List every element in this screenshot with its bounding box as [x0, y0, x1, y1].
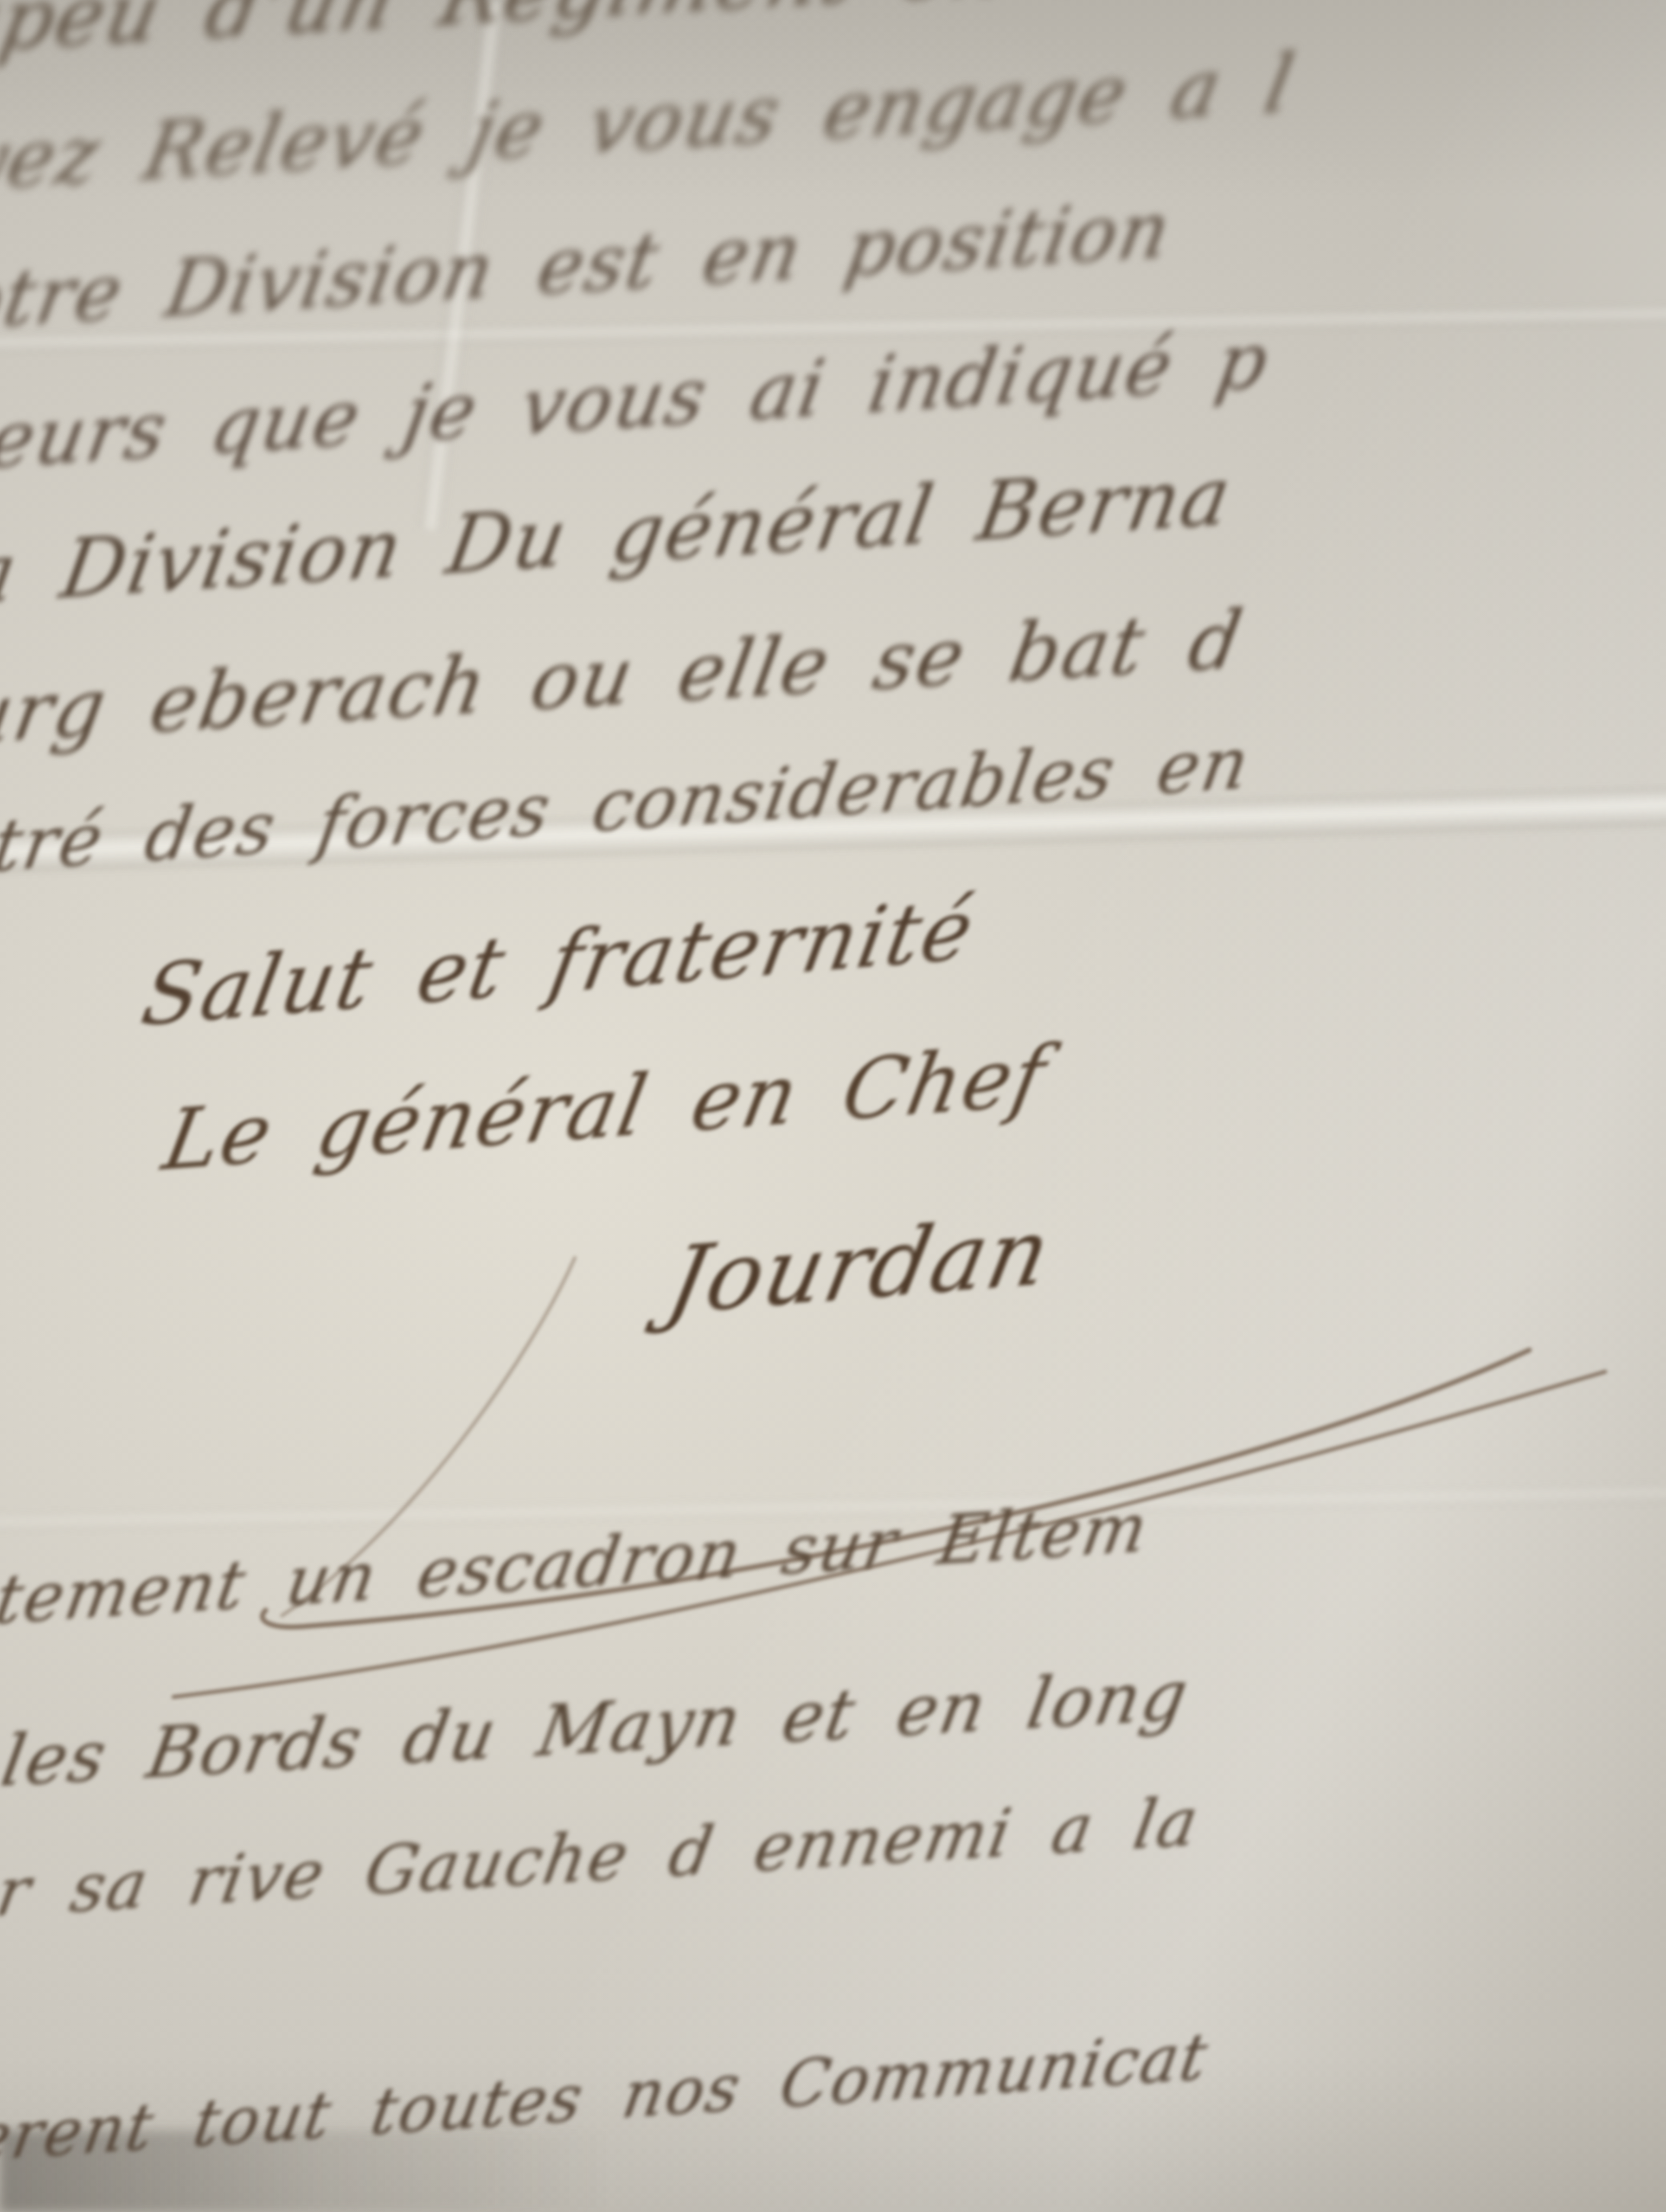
handwritten-line-13: ar sa rive Gauche d ennemi a la [0, 1783, 1205, 1934]
handwritten-line-5: a Division Du général Berna [0, 448, 1239, 622]
closing-salutation: Salut et fraternité [134, 880, 982, 1045]
closing-signer-title: Le général en Chef [156, 1027, 1055, 1189]
manuscript-photo: apeu d'un Regiment en au yez Relevé je v… [0, 0, 1666, 2212]
signature-paraph-flourish [0, 1193, 1666, 1735]
handwritten-line-2: yez Relevé je vous engage a l [0, 37, 1302, 209]
